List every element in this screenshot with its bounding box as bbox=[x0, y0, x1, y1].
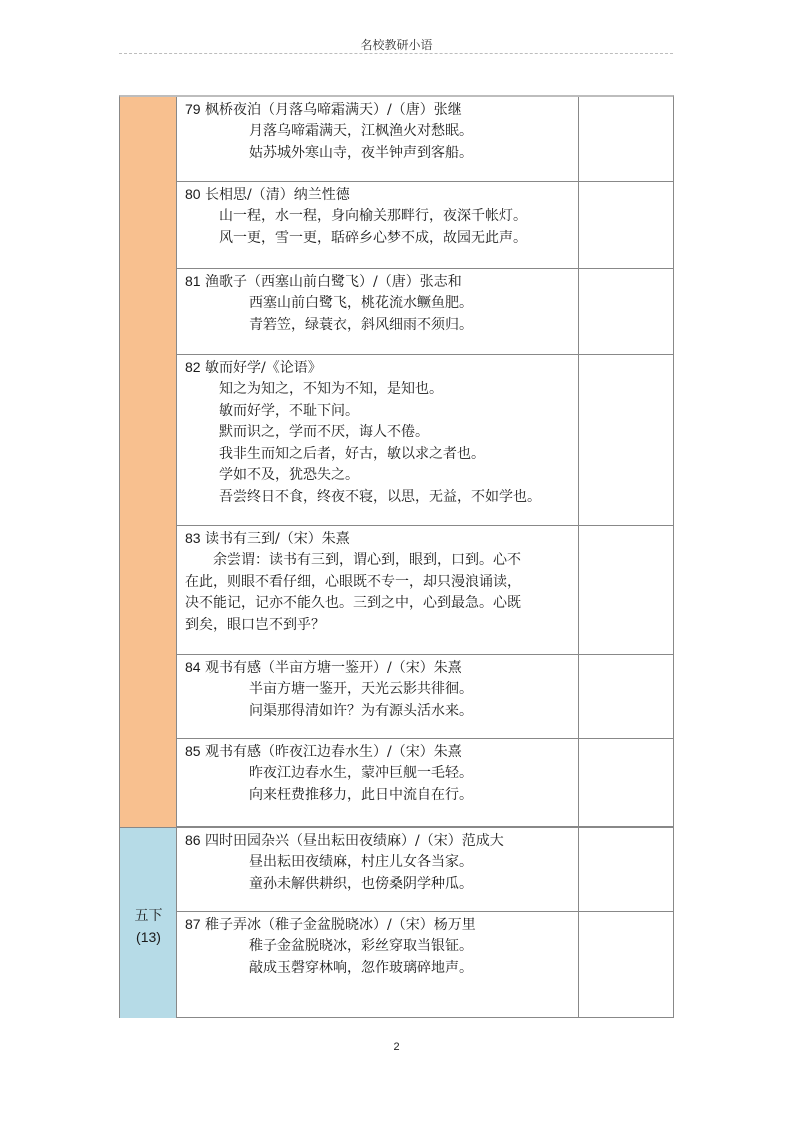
entry-cell: 81 渔歌子（西塞山前白鹭飞）/（唐）张志和 西塞山前白鹭飞，桃花流水鳜鱼肥。 … bbox=[177, 269, 579, 354]
entry-cell: 84 观书有感（半亩方塘一鉴开）/（宋）朱熹 半亩方塘一鉴开，天光云影共徘徊。 … bbox=[177, 655, 579, 738]
blank-cell bbox=[579, 655, 673, 738]
text-line: 我非生而知之后者，好古，敏以求之者也。 bbox=[185, 444, 578, 466]
blank-cell bbox=[579, 912, 673, 1018]
text-line: 敏而好学，不耻下问。 bbox=[185, 401, 578, 423]
poem-line: 西塞山前白鹭飞，桃花流水鳜鱼肥。 bbox=[185, 293, 578, 315]
poem-line: 稚子金盆脱晓冰，彩丝穿取当银钲。 bbox=[185, 936, 578, 958]
entry-cell: 86 四时田园杂兴（昼出耘田夜绩麻）/（宋）范成大 昼出耘田夜绩麻，村庄儿女各当… bbox=[177, 828, 579, 911]
page-number: 2 bbox=[0, 1041, 793, 1053]
entry-title: 82 敏而好学/《论语》 bbox=[185, 357, 578, 379]
entry-cell: 79 枫桥夜泊（月落乌啼霜满天）/（唐）张继 月落乌啼霜满天，江枫渔火对愁眠。 … bbox=[177, 97, 579, 181]
poem-line: 青箬笠，绿蓑衣，斜风细雨不须归。 bbox=[185, 315, 578, 337]
text-line: 吾尝终日不食，终夜不寝，以思，无益，不如学也。 bbox=[185, 487, 578, 509]
poem-line: 昼出耘田夜绩麻，村庄儿女各当家。 bbox=[185, 852, 578, 874]
prose-line: 决不能记，记亦不能久也。三到之中，心到最急。心既 bbox=[185, 593, 578, 615]
poem-line: 敲成玉磬穿林响，忽作玻璃碎地声。 bbox=[185, 958, 578, 980]
table-row: 84 观书有感（半亩方塘一鉴开）/（宋）朱熹 半亩方塘一鉴开，天光云影共徘徊。 … bbox=[177, 655, 673, 739]
poem-line: 昨夜江边春水生，蒙冲巨舰一毛轻。 bbox=[185, 763, 578, 785]
blank-cell bbox=[579, 182, 673, 268]
poem-table: 五下 (13) 79 枫桥夜泊（月落乌啼霜满天）/（唐）张继 月落乌啼霜满天，江… bbox=[119, 95, 674, 1018]
grade-label: 五下 (13) bbox=[120, 906, 177, 948]
entry-title: 79 枫桥夜泊（月落乌啼霜满天）/（唐）张继 bbox=[185, 99, 578, 121]
prose-line: 到矣，眼口岂不到乎？ bbox=[185, 615, 578, 637]
table-row: 79 枫桥夜泊（月落乌啼霜满天）/（唐）张继 月落乌啼霜满天，江枫渔火对愁眠。 … bbox=[177, 97, 673, 182]
poem-line: 月落乌啼霜满天，江枫渔火对愁眠。 bbox=[185, 121, 578, 143]
poem-line: 山一程，水一程，身向榆关那畔行，夜深千帐灯。 bbox=[185, 206, 578, 228]
grade-cell-previous bbox=[120, 97, 177, 827]
poem-line: 风一更，雪一更，聒碎乡心梦不成，故园无此声。 bbox=[185, 228, 578, 250]
entry-title: 80 长相思/（清）纳兰性德 bbox=[185, 184, 578, 206]
entry-cell: 80 长相思/（清）纳兰性德 山一程，水一程，身向榆关那畔行，夜深千帐灯。 风一… bbox=[177, 182, 579, 268]
table-row: 83 读书有三到/（宋）朱熹 余尝谓：读书有三到，谓心到，眼到，口到。心不 在此… bbox=[177, 526, 673, 655]
blank-cell bbox=[579, 97, 673, 181]
table-row: 81 渔歌子（西塞山前白鹭飞）/（唐）张志和 西塞山前白鹭飞，桃花流水鳜鱼肥。 … bbox=[177, 269, 673, 355]
blank-cell bbox=[579, 828, 673, 911]
blank-cell bbox=[579, 739, 673, 826]
header-divider bbox=[119, 53, 673, 54]
poem-line: 姑苏城外寒山寺，夜半钟声到客船。 bbox=[185, 143, 578, 165]
blank-cell bbox=[579, 355, 673, 525]
entry-title: 81 渔歌子（西塞山前白鹭飞）/（唐）张志和 bbox=[185, 271, 578, 293]
entry-cell: 87 稚子弄冰（稚子金盆脱晓冰）/（宋）杨万里 稚子金盆脱晓冰，彩丝穿取当银钲。… bbox=[177, 912, 579, 1018]
blank-cell bbox=[579, 526, 673, 654]
text-line: 学如不及，犹恐失之。 bbox=[185, 465, 578, 487]
entry-title: 87 稚子弄冰（稚子金盆脱晓冰）/（宋）杨万里 bbox=[185, 914, 578, 936]
entry-cell: 82 敏而好学/《论语》 知之为知之，不知为不知，是知也。 敏而好学，不耻下问。… bbox=[177, 355, 579, 525]
poem-line: 半亩方塘一鉴开，天光云影共徘徊。 bbox=[185, 679, 578, 701]
prose-line: 在此，则眼不看仔细，心眼既不专一，却只漫浪诵读， bbox=[185, 572, 578, 594]
entry-title: 83 读书有三到/（宋）朱熹 bbox=[185, 528, 578, 550]
table-row: 80 长相思/（清）纳兰性德 山一程，水一程，身向榆关那畔行，夜深千帐灯。 风一… bbox=[177, 182, 673, 269]
entry-title: 86 四时田园杂兴（昼出耘田夜绩麻）/（宋）范成大 bbox=[185, 830, 578, 852]
table-row: 85 观书有感（昨夜江边春水生）/（宋）朱熹 昨夜江边春水生，蒙冲巨舰一毛轻。 … bbox=[177, 739, 673, 827]
entry-title: 85 观书有感（昨夜江边春水生）/（宋）朱熹 bbox=[185, 741, 578, 763]
poem-line: 童孙未解供耕织，也傍桑阴学种瓜。 bbox=[185, 874, 578, 896]
entry-title: 84 观书有感（半亩方塘一鉴开）/（宋）朱熹 bbox=[185, 657, 578, 679]
entry-cell: 83 读书有三到/（宋）朱熹 余尝谓：读书有三到，谓心到，眼到，口到。心不 在此… bbox=[177, 526, 579, 654]
table-row: 82 敏而好学/《论语》 知之为知之，不知为不知，是知也。 敏而好学，不耻下问。… bbox=[177, 355, 673, 526]
table-row: 86 四时田园杂兴（昼出耘田夜绩麻）/（宋）范成大 昼出耘田夜绩麻，村庄儿女各当… bbox=[177, 827, 673, 912]
table-row: 87 稚子弄冰（稚子金盆脱晓冰）/（宋）杨万里 稚子金盆脱晓冰，彩丝穿取当银钲。… bbox=[177, 912, 673, 1018]
blank-cell bbox=[579, 269, 673, 354]
text-line: 知之为知之，不知为不知，是知也。 bbox=[185, 379, 578, 401]
entry-cell: 85 观书有感（昨夜江边春水生）/（宋）朱熹 昨夜江边春水生，蒙冲巨舰一毛轻。 … bbox=[177, 739, 579, 826]
poem-line: 向来枉费推移力，此日中流自在行。 bbox=[185, 785, 578, 807]
poem-line: 问渠那得清如许？为有源头活水来。 bbox=[185, 701, 578, 723]
grade-cell-5b: 五下 (13) bbox=[120, 827, 177, 1018]
prose-line: 余尝谓：读书有三到，谓心到，眼到，口到。心不 bbox=[185, 550, 578, 572]
text-line: 默而识之，学而不厌，诲人不倦。 bbox=[185, 422, 578, 444]
page-header-title: 名校教研小语 bbox=[0, 36, 793, 53]
